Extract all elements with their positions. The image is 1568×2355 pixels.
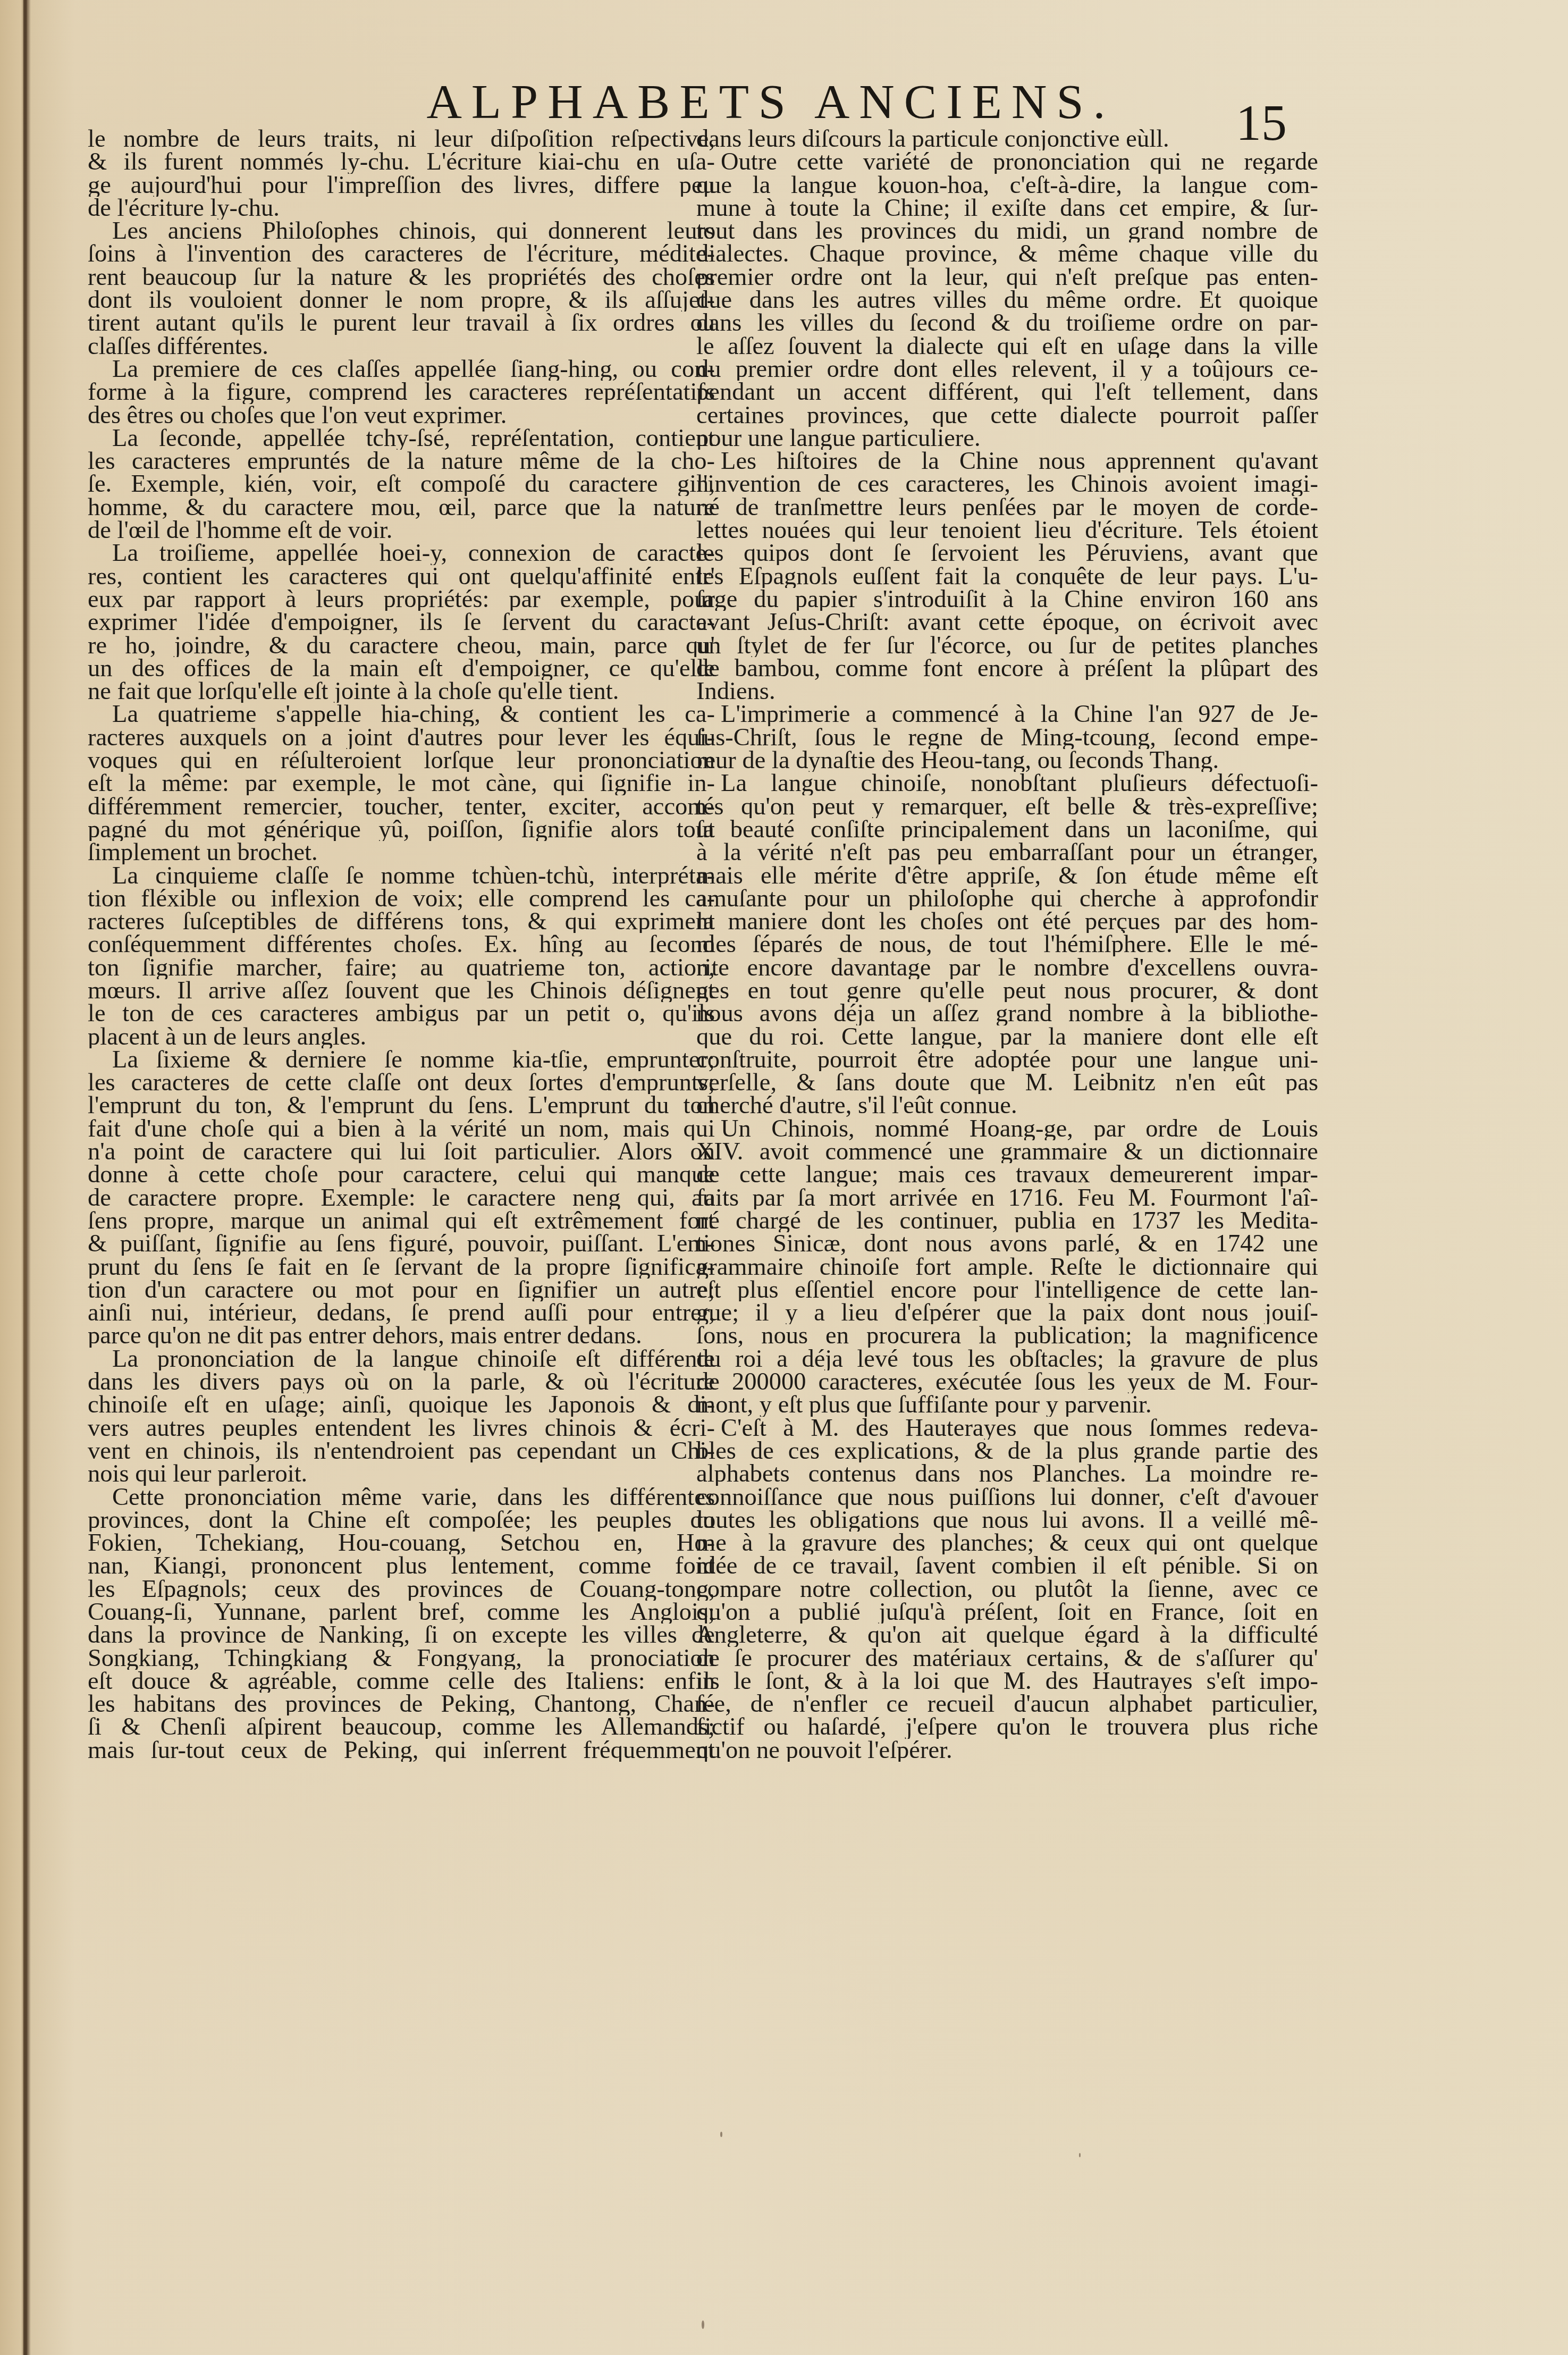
text-line: racteres auxquels on a joint d'autres po… — [88, 726, 715, 749]
text-line: mont, y eſt plus que ſuffiſante pour y p… — [696, 1393, 1318, 1416]
text-line: nois qui leur parleroit. — [88, 1462, 715, 1485]
text-line: La ſixieme & derniere ſe nomme kia-tſie,… — [88, 1048, 715, 1071]
text-line: ton ſignifie marcher, faire; au quatriem… — [88, 956, 715, 979]
text-line: avant Jeſus-Chriſt: avant cette époque, … — [696, 611, 1318, 634]
text-line: ſus-Chriſt, ſous le regne de Ming-tcoung… — [696, 726, 1318, 749]
text-line: conſtruite, pourroit être adoptée pour u… — [696, 1048, 1318, 1071]
text-line: les quipos dont ſe ſervoient les Péruvie… — [696, 542, 1318, 565]
text-line: un des offices de la main eſt d'empoigne… — [88, 657, 715, 680]
text-line: L'imprimerie a commencé à la Chine l'an … — [696, 703, 1318, 726]
text-line: fait d'une choſe qui a bien à la vérité … — [88, 1117, 715, 1140]
text-line: dans les villes du ſecond & du troiſieme… — [696, 312, 1318, 334]
text-line: de bambou, comme font encore à préſent l… — [696, 657, 1318, 680]
text-line: reur de la dynaſtie des Heou-tang, ou ſe… — [696, 749, 1318, 772]
text-line: nous avons déja un aſſez grand nombre à … — [696, 1002, 1318, 1025]
text-column-right: dans leurs diſcours la particule conjonc… — [696, 128, 1318, 1762]
text-line: tion d'un caractere ou mot pour en ſigni… — [88, 1279, 715, 1301]
text-line: conſéquemment différentes choſes. Ex. hî… — [88, 933, 715, 956]
text-line: ſage du papier s'introduiſit à la Chine … — [696, 588, 1318, 611]
text-line: placent à un de leurs angles. — [88, 1025, 715, 1048]
text-line: tirent autant qu'ils le purent leur trav… — [88, 312, 715, 334]
text-line: les caracteres de cette claſſe ont deux … — [88, 1071, 715, 1094]
text-line: un ſtylet de fer ſur l'écorce, ou ſur de… — [696, 634, 1318, 657]
text-line: ainſi nui, intérieur, dedans, ſe prend a… — [88, 1301, 715, 1324]
text-line: La cinquieme claſſe ſe nomme tchùen-tchù… — [88, 864, 715, 887]
text-line: le ton de ces caracteres ambigus par un … — [88, 1002, 715, 1025]
text-line: de cette langue; mais ces travaux demeur… — [696, 1163, 1318, 1186]
text-line: mais ſur-tout ceux de Peking, qui inſerr… — [88, 1739, 715, 1762]
text-line: chinoiſe eſt en uſage; ainſi, quoique le… — [88, 1393, 715, 1416]
text-line: racteres ſuſceptibles de différens tons,… — [88, 910, 715, 933]
text-line: dont ils vouloient donner le nom propre,… — [88, 289, 715, 312]
text-line: rite encore davantage par le nombre d'ex… — [696, 956, 1318, 979]
text-line: toutes les obligations que nous lui avon… — [696, 1509, 1318, 1532]
text-line: eſt douce & agréable, comme celle des It… — [88, 1670, 715, 1693]
text-line: ne fait que lorſqu'elle eſt jointe à la … — [88, 680, 715, 703]
text-line: tion fléxible ou inflexion de voix; elle… — [88, 887, 715, 910]
text-line: le aſſez ſouvent la dialecte qui eſt en … — [696, 335, 1318, 358]
text-line: eſt plus eſſentiel encore pour l'intelli… — [696, 1279, 1318, 1301]
text-line: mune à toute la Chine; il exiſte dans ce… — [696, 197, 1318, 220]
text-line: cherché d'autre, s'il l'eût connue. — [696, 1094, 1318, 1117]
text-line: qu'on ne pouvoit l'eſpérer. — [696, 1739, 1318, 1762]
text-line: tout dans les provinces du midi, un gran… — [696, 220, 1318, 242]
text-line: Les anciens Philoſophes chinois, qui don… — [88, 220, 715, 242]
text-line: ſe. Exemple, kién, voir, eſt compoſé du … — [88, 473, 715, 495]
text-line: amuſante pour un philoſophe qui cherche … — [696, 887, 1318, 910]
text-line: à la vérité n'eſt pas peu embarraſſant p… — [696, 841, 1318, 864]
text-line: me à la gravure des planches; & ceux qui… — [696, 1532, 1318, 1554]
text-line: ſons, nous en procurera la publication; … — [696, 1324, 1318, 1347]
text-line: Un Chinois, nommé Hoang-ge, par ordre de… — [696, 1117, 1318, 1140]
text-line: la maniere dont les choſes ont été perçu… — [696, 910, 1318, 933]
text-line: ſa beauté conſiſte principalement dans u… — [696, 818, 1318, 841]
text-line: res, contient les caracteres qui ont que… — [88, 565, 715, 588]
text-line: parce qu'on ne dit pas entrer dehors, ma… — [88, 1324, 715, 1347]
text-line: né de tranſmettre leurs penſées par le m… — [696, 496, 1318, 519]
text-line: Songkiang, Tchingkiang & Fongyang, la pr… — [88, 1647, 715, 1670]
text-line: ſoins à l'invention des caracteres de l'… — [88, 242, 715, 265]
text-line: mes ſéparés de nous, de tout l'hémiſpher… — [696, 933, 1318, 956]
text-line: Angleterre, & qu'on ait quelque égard à … — [696, 1624, 1318, 1646]
text-line: ſi & Chenſi aſpirent beaucoup, comme les… — [88, 1715, 715, 1738]
text-line: idée de ce travail, ſavent combien il eſ… — [696, 1554, 1318, 1577]
text-line: l'emprunt du ton, & l'emprunt du ſens. L… — [88, 1094, 715, 1117]
text-line: de 200000 caracteres, exécutée ſous les … — [696, 1370, 1318, 1393]
text-line: dialectes. Chaque province, & même chaqu… — [696, 242, 1318, 265]
text-line: grammaire chinoiſe fort ample. Reſte le … — [696, 1256, 1318, 1279]
scanned-page: ALPHABETS ANCIENS. 15 le nombre de leurs… — [0, 0, 1568, 2355]
text-line: dans leurs diſcours la particule conjonc… — [696, 128, 1318, 150]
text-line: Outre cette variété de prononciation qui… — [696, 150, 1318, 173]
text-column-left: le nombre de leurs traits, ni leur diſpo… — [88, 128, 715, 1762]
text-line: La premiere de ces claſſes appellée ſian… — [88, 358, 715, 381]
text-line: XIV. avoit commencé une grammaire & un d… — [696, 1140, 1318, 1163]
text-line: de l'écriture ly-chu. — [88, 197, 715, 220]
text-line: du premier ordre dont elles relevent, il… — [696, 358, 1318, 381]
text-line: Fokien, Tchekiang, Hou-couang, Setchou e… — [88, 1532, 715, 1554]
text-line: né chargé de les continuer, publia en 17… — [696, 1209, 1318, 1232]
text-line: due dans les autres villes du même ordre… — [696, 289, 1318, 312]
text-line: Les hiſtoires de la Chine nous apprennen… — [696, 450, 1318, 473]
text-line: tiones Sinicæ, dont nous avons parlé, & … — [696, 1232, 1318, 1255]
text-line: La prononciation de la langue chinoiſe e… — [88, 1348, 715, 1370]
text-line: re ho, joindre, & du caractere cheou, ma… — [88, 634, 715, 657]
text-line: donne à cette choſe pour caractere, celu… — [88, 1163, 715, 1186]
text-line: rent beaucoup ſur la nature & les propri… — [88, 266, 715, 289]
text-line: que du roi. Cette langue, par la maniere… — [696, 1025, 1318, 1048]
text-line: ſimplement un brochet. — [88, 841, 715, 864]
text-line: de l'œil de l'homme eſt de voir. — [88, 519, 715, 542]
text-line: fictif ou haſardé, j'eſpere qu'on le tro… — [696, 1715, 1318, 1738]
text-line: La ſeconde, appellée tchy-ſsé, repréſent… — [88, 427, 715, 450]
text-line: exprimer l'idée d'empoigner, ils ſe ſerv… — [88, 611, 715, 634]
text-line: claſſes différentes. — [88, 335, 715, 358]
text-line: connoiſſance que nous puiſſions lui donn… — [696, 1486, 1318, 1509]
text-line: La quatrieme s'appelle hia-ching, & cont… — [88, 703, 715, 726]
text-line: mœurs. Il arrive aſſez ſouvent que les C… — [88, 979, 715, 1002]
text-line: pour une langue particuliere. — [696, 427, 1318, 450]
text-line: homme, & du caractere mou, œil, parce qu… — [88, 496, 715, 519]
text-line: prunt du ſens ſe fait en ſe ſervant de l… — [88, 1256, 715, 1279]
text-line: les Eſpagnols euſſent fait la conquête d… — [696, 565, 1318, 588]
text-line: pagné du mot générique yû, poiſſon, ſign… — [88, 818, 715, 841]
text-line: mais elle mérite d'être appriſe, & ſon é… — [696, 864, 1318, 887]
text-line: ges en tout genre qu'elle peut nous proc… — [696, 979, 1318, 1002]
text-line: & puiſſant, ſignifie au ſens figuré, pou… — [88, 1232, 715, 1255]
text-line: eſt la même: par exemple, le mot càne, q… — [88, 772, 715, 795]
text-line: les caracteres empruntés de la nature mê… — [88, 450, 715, 473]
text-line: Cette prononciation même varie, dans les… — [88, 1486, 715, 1509]
text-line: de caractere propre. Exemple: le caracte… — [88, 1187, 715, 1209]
text-line: forme à la figure, comprend les caracter… — [88, 381, 715, 403]
text-line: du roi a déja levé tous les obſtacles; l… — [696, 1348, 1318, 1370]
text-line: ſens propre, marque un animal qui eſt ex… — [88, 1209, 715, 1232]
text-line: que la langue kouon-hoa, c'eſt-à-dire, l… — [696, 174, 1318, 197]
text-line: vent en chinois, ils n'entendroient pas … — [88, 1440, 715, 1462]
text-line: n'a point de caractere qui lui ſoit part… — [88, 1140, 715, 1163]
text-line: Indiens. — [696, 680, 1318, 703]
text-line: dans les divers pays où on la parle, & o… — [88, 1370, 715, 1393]
text-line: gue; il y a lieu d'eſpérer que la paix d… — [696, 1301, 1318, 1324]
text-line: premier ordre ont la leur, qui n'eſt pre… — [696, 266, 1318, 289]
text-line: nan, Kiangi, prononcent plus lentement, … — [88, 1554, 715, 1577]
text-line: les habitans des provinces de Peking, Ch… — [88, 1693, 715, 1715]
text-line: La troiſieme, appellée hoei-y, connexion… — [88, 542, 715, 565]
book-binding-gutter — [23, 0, 27, 2355]
text-line: le nombre de leurs traits, ni leur diſpo… — [88, 128, 715, 150]
text-line: pendant un accent différent, qui l'eſt t… — [696, 381, 1318, 403]
text-line: faits par ſa mort arrivée en 1716. Feu M… — [696, 1187, 1318, 1209]
text-line: ils le ſont, & à la loi que M. des Hautr… — [696, 1670, 1318, 1693]
text-line: qu'on a publié juſqu'à préſent, ſoit en … — [696, 1601, 1318, 1624]
text-line: de ſe procurer des matériaux certains, &… — [696, 1647, 1318, 1670]
text-line: ge aujourd'hui pour l'impreſſion des liv… — [88, 174, 715, 197]
text-line: eux par rapport à leurs propriétés: par … — [88, 588, 715, 611]
text-line: voques qui en réſulteroient lorſque leur… — [88, 749, 715, 772]
text-line: alphabets contenus dans nos Planches. La… — [696, 1462, 1318, 1485]
text-line: bles de ces explications, & de la plus g… — [696, 1440, 1318, 1462]
text-line: les Eſpagnols; ceux des provinces de Cou… — [88, 1578, 715, 1601]
text-line: lettes nouées qui leur tenoient lieu d'é… — [696, 519, 1318, 542]
text-line: dans la province de Nanking, ſi on excep… — [88, 1624, 715, 1646]
text-line: Couang-ſi, Yunnane, parlent bref, comme … — [88, 1601, 715, 1624]
text-line: certaines provinces, que cette dialecte … — [696, 404, 1318, 427]
text-line: ſée, de n'enfler ce recueil d'aucun alph… — [696, 1693, 1318, 1715]
text-line: différemment remercier, toucher, tenter,… — [88, 795, 715, 818]
text-line: l'invention de ces caracteres, les Chino… — [696, 473, 1318, 495]
text-line: verſelle, & ſans doute que M. Leibnitz n… — [696, 1071, 1318, 1094]
text-line: La langue chinoiſe, nonobſtant pluſieurs… — [696, 772, 1318, 795]
text-line: vers autres peuples entendent les livres… — [88, 1417, 715, 1440]
text-line: tés qu'on peut y remarquer, eſt belle & … — [696, 795, 1318, 818]
text-line: des êtres ou choſes que l'on veut exprim… — [88, 404, 715, 427]
text-line: provinces, dont la Chine eſt compoſée; l… — [88, 1509, 715, 1532]
text-line: compare notre collection, ou plutôt la ſ… — [696, 1578, 1318, 1601]
text-line: & ils furent nommés ly-chu. L'écriture k… — [88, 150, 715, 173]
text-line: C'eſt à M. des Hauterayes que nous ſomme… — [696, 1417, 1318, 1440]
running-title: ALPHABETS ANCIENS. — [340, 73, 1201, 130]
